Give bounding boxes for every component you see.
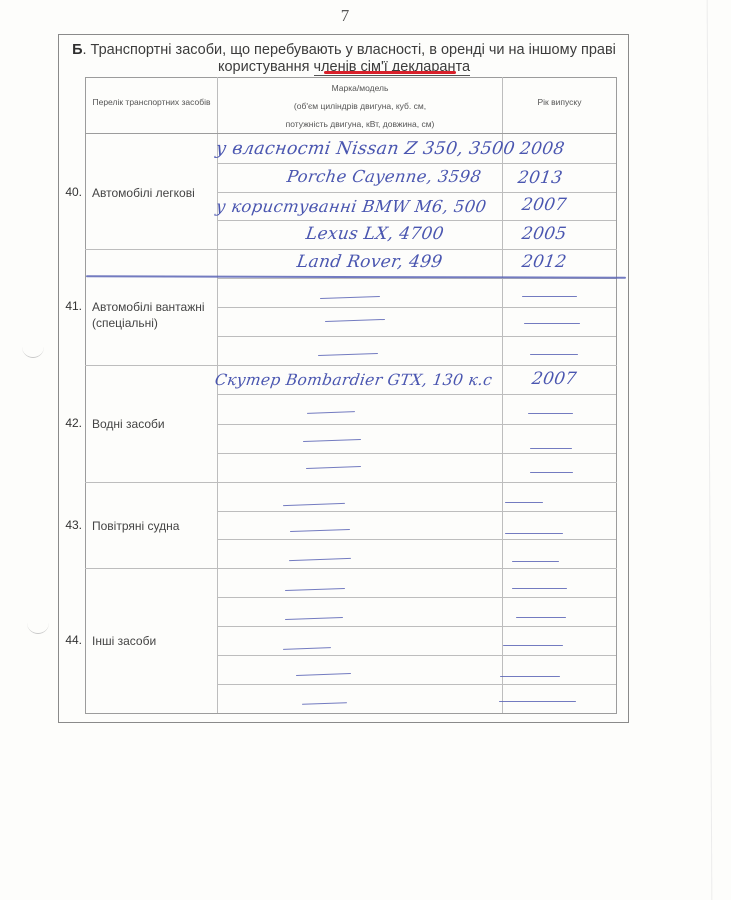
handwritten-model: Lexus LX, 4700 [305, 224, 445, 244]
table-bottom-border [85, 713, 617, 714]
handwritten-year: 2007 [521, 195, 568, 215]
header-make-model: Марка/модель (об'єм циліндрів двигуна, к… [218, 79, 502, 133]
punch-hole-top [22, 336, 44, 358]
row-divider [217, 220, 616, 221]
row-divider [217, 511, 616, 512]
section-number: 41. [62, 299, 82, 313]
handwritten-model: Скутер Bombardier GTX, 130 к.с [214, 371, 494, 389]
section-divider [85, 568, 617, 569]
section-divider [85, 365, 617, 366]
section-label: Повітряні судна [92, 518, 214, 534]
section-label: Водні засоби [92, 416, 214, 432]
header-make-model-line3: потужність двигуна, кВт, довжина, см) [218, 115, 502, 133]
header-make-model-line1: Марка/модель [218, 79, 502, 97]
row-divider [217, 424, 616, 425]
row-divider [217, 307, 616, 308]
handwritten-model: у власності Nissan Z 350, 3500 [215, 139, 517, 159]
row-divider [217, 655, 616, 656]
header-bottom-border [85, 133, 617, 134]
row-divider [217, 684, 616, 685]
section-title-line1: . Транспортні засоби, що перебувають у в… [83, 42, 616, 58]
scan-edge-line [707, 0, 713, 900]
handwritten-model: у користуванні BMW M6, 500 [215, 197, 488, 216]
row-divider [217, 453, 616, 454]
column-divider-1 [217, 77, 218, 713]
handwritten-year: 2005 [521, 224, 568, 244]
handwritten-year: 2007 [531, 369, 578, 389]
section-divider [85, 249, 617, 250]
header-vehicle-list: Перелік транспортних засобів [86, 93, 217, 111]
row-divider [217, 539, 616, 540]
handwritten-model: Land Rover, 499 [296, 252, 444, 272]
row-divider [217, 192, 616, 193]
handwritten-model: Porche Cayenne, 3598 [286, 167, 483, 186]
header-year: Рік випуску [503, 93, 616, 111]
handwritten-year: 2013 [517, 168, 564, 188]
section-divider [85, 482, 617, 483]
table-top-border [85, 77, 617, 78]
section-number: 42. [62, 416, 82, 430]
row-divider [217, 163, 616, 164]
punch-hole-bottom [27, 612, 49, 634]
row-divider [217, 597, 616, 598]
page-number: 7 [0, 6, 690, 26]
section-letter: Б [72, 42, 82, 58]
row-divider [217, 626, 616, 627]
header-make-model-line2: (об'єм циліндрів двигуна, куб. см, [218, 97, 502, 115]
section-number: 44. [62, 633, 82, 647]
red-highlight-underline [324, 71, 456, 74]
table-right-border [616, 77, 617, 713]
section-number: 43. [62, 518, 82, 532]
row-divider [217, 278, 616, 279]
section-label: Інші засоби [92, 633, 214, 649]
row-divider [217, 394, 616, 395]
section-title-line2-prefix: користування [218, 59, 314, 75]
table-left-border [85, 77, 86, 713]
row-divider [217, 336, 616, 337]
section-label: Автомобілі легкові [92, 185, 214, 201]
section-label: Автомобілі вантажні (спеціальні) [92, 299, 214, 331]
handwritten-year: 2012 [521, 252, 568, 272]
section-number: 40. [62, 185, 82, 199]
column-divider-2 [502, 77, 503, 713]
handwritten-year: 2008 [519, 139, 566, 159]
